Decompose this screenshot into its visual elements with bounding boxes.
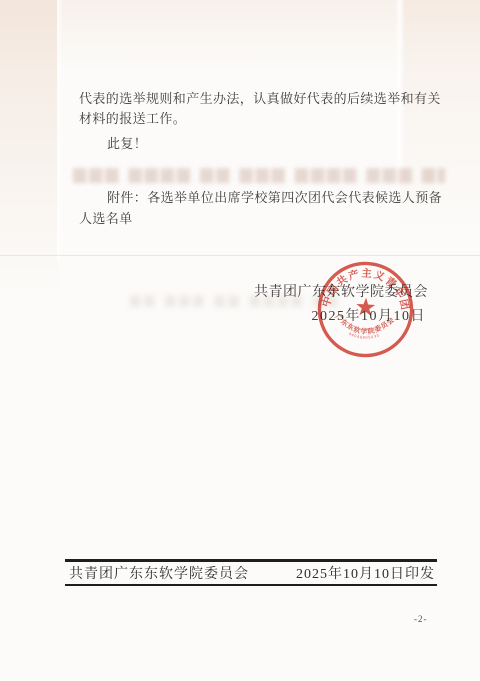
page-number: -2- <box>414 614 428 624</box>
attachment-line-1: 附件：各选举单位出席学校第四次团代会代表候选人预备 <box>107 191 442 205</box>
scan-tint-right <box>400 0 480 260</box>
footer-print-date: 2025年10月10日印发 <box>296 563 437 583</box>
closing-phrase: 此复！ <box>107 137 147 151</box>
footer-colophon: 共青团广东东软学院委员会 2025年10月10日印发 <box>65 564 437 582</box>
svg-text:广东东软学院委员会: 广东东软学院委员会 <box>333 312 397 338</box>
scanned-document-page: 代表的选举规则和产生办法，认真做好代表的后续选举和有关 材料的报送工作。 此复！… <box>0 0 480 681</box>
scan-tint-top <box>0 0 480 70</box>
bleed-through-text: ▆▆▆ ▆▆▆▆ ▆▆ ▆▆▆ ▆▆▆▆ ▆▆▆ ▆▆ <box>73 164 445 184</box>
footer-issuer: 共青团广东东软学院委员会 <box>65 563 249 583</box>
seal-inner-text: 广东东软学院委员会 <box>333 312 397 338</box>
footer-rule-top <box>65 559 437 562</box>
official-red-seal: 中国共产主义青年团 广东东软学院委员会 44040405033 <box>313 257 417 361</box>
footer-rule-bottom <box>65 584 437 586</box>
body-line-1: 代表的选举规则和产生办法，认真做好代表的后续选举和有关 <box>79 92 441 106</box>
scan-seam-left <box>57 0 63 260</box>
attachment-line-2: 人选名单 <box>79 212 133 226</box>
seal-star <box>356 297 376 316</box>
body-line-2: 材料的报送工作。 <box>79 112 186 126</box>
scan-seam-right <box>395 0 405 180</box>
scan-artifact-line <box>0 255 480 256</box>
scan-tint-left <box>0 0 58 320</box>
